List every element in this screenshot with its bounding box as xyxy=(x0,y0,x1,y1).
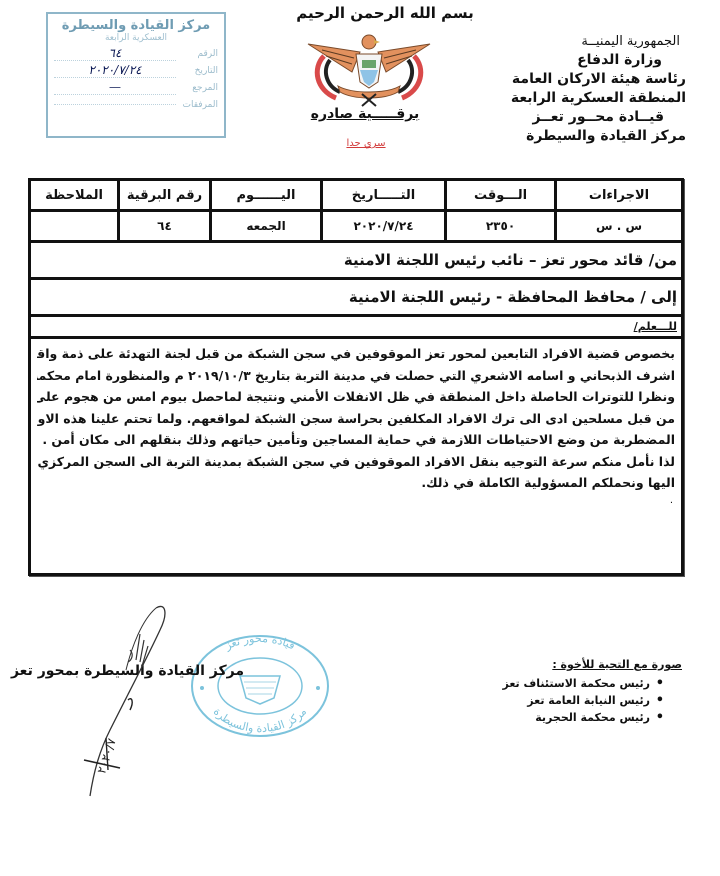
handwritten-signature: ٢٠٢٠/٧ xyxy=(70,600,180,800)
header-procedures: الاجراءات xyxy=(554,181,681,209)
svg-text:مركز القيادة والسيطرة: مركز القيادة والسيطرة xyxy=(211,705,309,735)
classification-label: سري جدا xyxy=(326,138,406,149)
seal-top-text: قيادة محور تعز xyxy=(222,632,297,653)
trailing-dot: . xyxy=(31,494,681,508)
registry-stamp-row-number: الرقم ٦٤ xyxy=(54,45,218,62)
value-cable-number: ٦٤ xyxy=(117,212,209,240)
value-day: الجمعه xyxy=(209,212,320,240)
body-line: ونظرا للتوترات الحاصلة داخل المنطقة في ظ… xyxy=(37,386,675,408)
registry-stamp-label: التاريخ xyxy=(176,66,218,76)
registry-stamp-value xyxy=(54,104,176,105)
basmala: بسم الله الرحمن الرحيم xyxy=(290,4,480,22)
registry-stamp-row-reference: المرجع — xyxy=(54,79,218,96)
body-line: بخصوص قضية الافراد التابعين لمحور تعز ال… xyxy=(37,343,675,365)
org-line-ministry: وزارة الدفاع xyxy=(486,51,686,70)
to-line: إلى / محافظ المحافظة - رئيس اللجنة الامن… xyxy=(31,280,681,317)
registry-stamp-row-date: التاريخ ٢٠٢٠/٧/٢٤ xyxy=(54,62,218,79)
body-line: لذا نأمل منكم سرعة التوجيه بنقل الافراد … xyxy=(37,451,675,473)
table-header-row: الاجراءات الـــوقت التـــــاريخ اليـــــ… xyxy=(31,181,681,212)
value-date: ٢٠٢٠/٧/٢٤ xyxy=(320,212,444,240)
svg-text:قيادة محور تعز: قيادة محور تعز xyxy=(222,632,297,653)
official-seal: قيادة محور تعز مركز القيادة والسيطرة xyxy=(188,632,332,740)
attention-label: للـــعلم/ xyxy=(634,320,677,333)
registry-stamp-label: المرجع xyxy=(176,83,218,93)
org-line-military-region: المنطقة العسكرية الرابعة xyxy=(486,89,686,108)
header-date: التـــــاريخ xyxy=(320,181,444,209)
registry-stamp-value: ٢٠٢٠/٧/٢٤ xyxy=(54,63,176,78)
message-body: بخصوص قضية الافراد التابعين لمحور تعز ال… xyxy=(31,339,681,494)
issuing-organization: الجمهورية اليمنيــة وزارة الدفاع رئاسة ه… xyxy=(486,32,686,146)
header-day: اليــــــوم xyxy=(209,181,320,209)
header-cable-number: رقم البرقية xyxy=(117,181,209,209)
from-line: من/ قائد محور تعز – نائب رئيس اللجنة الا… xyxy=(31,243,681,280)
body-line: من قبل مسلحين ادى الى ترك الافراد المكلف… xyxy=(37,408,675,430)
table-row: س . س ٢٣٥٠ ٢٠٢٠/٧/٢٤ الجمعه ٦٤ xyxy=(31,212,681,243)
registry-stamp-value: ٦٤ xyxy=(54,46,176,61)
list-item: رئيس النيابة العامة تعز xyxy=(470,692,664,709)
cable-form: الاجراءات الـــوقت التـــــاريخ اليـــــ… xyxy=(28,178,684,576)
org-line-general-staff: رئاسة هيئة الاركان العامة xyxy=(486,70,686,89)
body-line: اشرف الذبحاني و اسامه الاشعري التي حصلت … xyxy=(37,365,675,387)
yemen-eagle-emblem-icon xyxy=(302,28,436,108)
body-line: اليها ونحملكم المسؤولية الكاملة في ذلك. xyxy=(37,472,675,494)
org-line-command-center: مركز القيادة والسيطرة xyxy=(486,127,686,146)
list-item: رئيس محكمة الحجرية xyxy=(470,709,664,726)
seal-bottom-text: مركز القيادة والسيطرة xyxy=(211,705,309,735)
attention-line: للـــعلم/ xyxy=(31,317,681,339)
value-time: ٢٣٥٠ xyxy=(444,212,554,240)
org-line-republic: الجمهورية اليمنيــة xyxy=(486,32,686,51)
org-line-axis-command: قيــادة محــور تعــز xyxy=(486,108,686,127)
value-note xyxy=(31,212,117,240)
header-time: الـــوقت xyxy=(444,181,554,209)
body-line: المضطربة من وضع الاحتياطات اللازمة في حم… xyxy=(37,429,675,451)
value-procedures: س . س xyxy=(554,212,681,240)
list-item: رئيس محكمة الاستئناف تعز xyxy=(470,675,664,692)
registry-stamp-label: المرفقات xyxy=(176,100,218,110)
header-note: الملاحظة xyxy=(31,181,117,209)
registry-stamp-row-attachments: المرفقات xyxy=(54,96,218,113)
carbon-copy-list: صورة مع التحية للأخوة : رئيس محكمة الاست… xyxy=(470,658,690,726)
registry-stamp-title: مركز القيادة والسيطرة xyxy=(54,18,218,33)
registry-stamp-subtitle: العسكرية الرابعة xyxy=(54,33,218,43)
document-type-label: برقـــــية صادره xyxy=(290,106,440,122)
carbon-copy-title: صورة مع التحية للأخوة : xyxy=(470,658,690,671)
registry-stamp-label: الرقم xyxy=(176,49,218,59)
registry-stamp-value: — xyxy=(54,80,176,95)
registry-stamp: مركز القيادة والسيطرة العسكرية الرابعة ا… xyxy=(46,12,226,138)
